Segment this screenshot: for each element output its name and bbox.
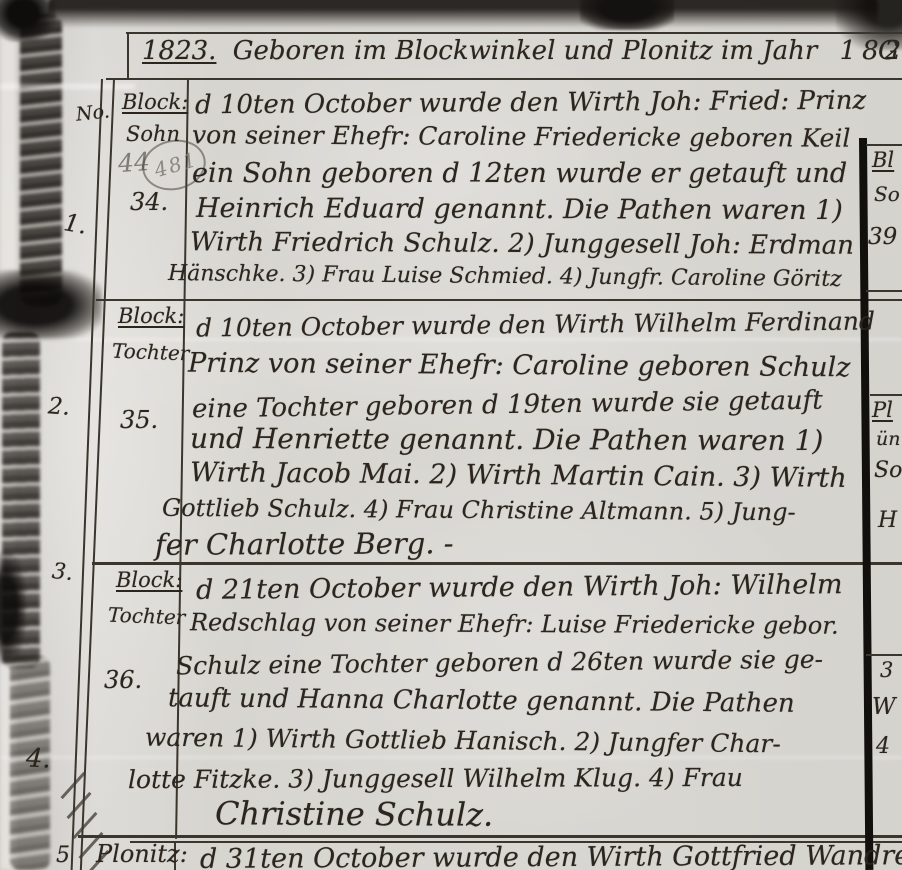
next-column-rule-1 xyxy=(866,144,902,146)
next-column-fragment: 3 xyxy=(880,660,893,681)
entry-child-label: Sohn xyxy=(126,124,180,145)
entry-line: Heinrich Eduard genannt. Die Pathen ware… xyxy=(196,195,843,224)
binding-patch-mid xyxy=(0,270,102,340)
margin-row-number: 4. xyxy=(25,745,51,772)
scan-smudge-top-blob xyxy=(580,0,674,30)
entry-line: und Henriette genannt. Die Pathen waren … xyxy=(190,425,823,455)
page-header: 1823. Geboren im Blockwinkel und Plonitz… xyxy=(142,38,902,64)
next-column-fragment: Bl xyxy=(872,150,894,171)
entry-line: Wirth Jacob Mai. 2) Wirth Martin Cain. 3… xyxy=(190,459,847,492)
next-column-fragment: Pl xyxy=(872,400,893,421)
entry-line: d 21ten October wurde den Wirth Joh: Wil… xyxy=(196,571,843,604)
header-left-rule xyxy=(127,32,129,79)
entry-line: Hänschke. 3) Frau Luise Schmied. 4) Jung… xyxy=(168,263,842,291)
entry-record-number: 35. xyxy=(120,408,158,432)
margin-bottom-fragment: 5 xyxy=(56,845,70,867)
entry-child-label: Tochter xyxy=(108,605,186,628)
next-column-fragment: So xyxy=(874,184,900,204)
register-page-scan: 1823. Geboren im Blockwinkel und Plonitz… xyxy=(0,0,902,870)
entry-line: d 10ten October wurde den Wirth Joh: Fri… xyxy=(195,88,866,119)
entry-line: d 10ten October wurde den Wirth Wilhelm … xyxy=(196,308,875,340)
entry-child-label: Tochter xyxy=(112,341,190,364)
next-column-fragment: 4 xyxy=(876,736,890,758)
binding-streak-upper xyxy=(20,14,62,306)
entry-line: lotte Fitzke. 3) Junggesell Wilhelm Klug… xyxy=(128,765,743,792)
entry-line: eine Tochter geboren d 19ten wurde sie g… xyxy=(192,388,823,423)
margin-row-number: 1. xyxy=(62,210,89,238)
header-title: Geboren im Blockwinkel und Plonitz im Ja… xyxy=(233,36,818,66)
entry-place-label: Block: xyxy=(116,570,182,591)
entry-line: waren 1) Wirth Gottlieb Hanisch. 2) Jung… xyxy=(145,725,781,757)
entry-line: Prinz von seiner Ehefr: Caroline geboren… xyxy=(188,350,851,382)
next-column-fragment: G xyxy=(878,38,899,64)
header-top-rule xyxy=(126,32,902,34)
next-column-rule-2 xyxy=(866,290,902,292)
margin-row-number: 3. xyxy=(51,561,74,585)
entry-line: d 31ten October wurde den Wirth Gottfrie… xyxy=(200,842,902,870)
next-column-fragment: So xyxy=(874,460,902,482)
margin-row-number: 2. xyxy=(47,395,71,419)
entry2-bottom-rule xyxy=(92,562,902,565)
fold-hatch-mark xyxy=(67,792,92,819)
scan-smudge-top-band xyxy=(48,0,878,28)
entry-line: tauft und Hanna Charlotte genannt. Die P… xyxy=(168,685,795,716)
entry-record-number: 36. xyxy=(104,668,142,692)
entry-line: Redschlag von seiner Ehefr: Luise Friede… xyxy=(190,610,839,637)
entry-line: Gottlieb Schulz. 4) Frau Christine Altma… xyxy=(162,496,796,524)
entry-place-label: Block: xyxy=(118,306,184,327)
entry1-bottom-rule xyxy=(96,299,902,301)
entry-place-label: Plonitz: xyxy=(96,842,188,866)
entry-line: Christine Schulz. xyxy=(215,797,493,830)
entry-line: von seiner Ehefr: Caroline Friedericke g… xyxy=(192,122,851,150)
entry-record-number: 34. xyxy=(130,190,168,214)
margin-no-header: No. xyxy=(75,102,111,124)
entry3-bottom-rule xyxy=(78,835,902,838)
entry-line: Schulz eine Tochter geboren d 26ten wurd… xyxy=(176,647,823,679)
header-bottom-rule xyxy=(106,78,902,80)
header-year: 1823. xyxy=(142,36,216,66)
next-column-fragment: ün xyxy=(876,430,900,449)
next-column-fragment: 39 xyxy=(868,226,897,249)
entry-line: fer Charlotte Berg. - xyxy=(155,529,454,560)
entry-line: ein Sohn geboren d 12ten wurde er getauf… xyxy=(192,160,847,187)
next-column-fragment: H xyxy=(878,510,897,532)
binding-blob-lower xyxy=(0,552,26,664)
entry-place-label: Block: xyxy=(122,92,188,113)
next-column-rule-3 xyxy=(870,394,902,396)
entry-line: Wirth Friedrich Schulz. 2) Junggesell Jo… xyxy=(190,229,854,258)
next-column-fragment: W xyxy=(872,696,896,719)
next-column-rule-4 xyxy=(866,654,902,656)
